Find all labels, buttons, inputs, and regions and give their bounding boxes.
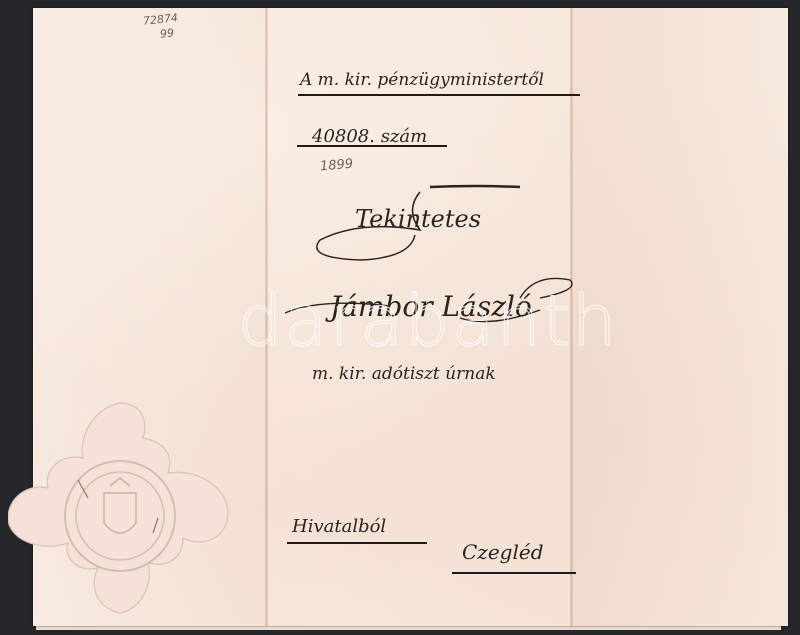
- place-name: Czegléd: [462, 540, 544, 564]
- watermark: darabanth: [238, 280, 619, 362]
- reference-suffix: 99: [159, 26, 174, 40]
- coat-of-arms-seal-icon: [8, 398, 233, 623]
- sender-underline: [298, 94, 580, 96]
- number-underline: [297, 145, 447, 147]
- official-note: Hivatalból: [292, 516, 386, 537]
- sender-line: A m. kir. pénzügyministertől: [300, 70, 544, 90]
- salutation: Tekintetes: [355, 205, 481, 233]
- official-underline: [287, 542, 427, 544]
- document-number: 40808. szám: [312, 126, 427, 147]
- addressee-title: m. kir. adótiszt úrnak: [312, 364, 496, 384]
- place-underline: [452, 572, 576, 574]
- year-note: 1899: [319, 157, 353, 175]
